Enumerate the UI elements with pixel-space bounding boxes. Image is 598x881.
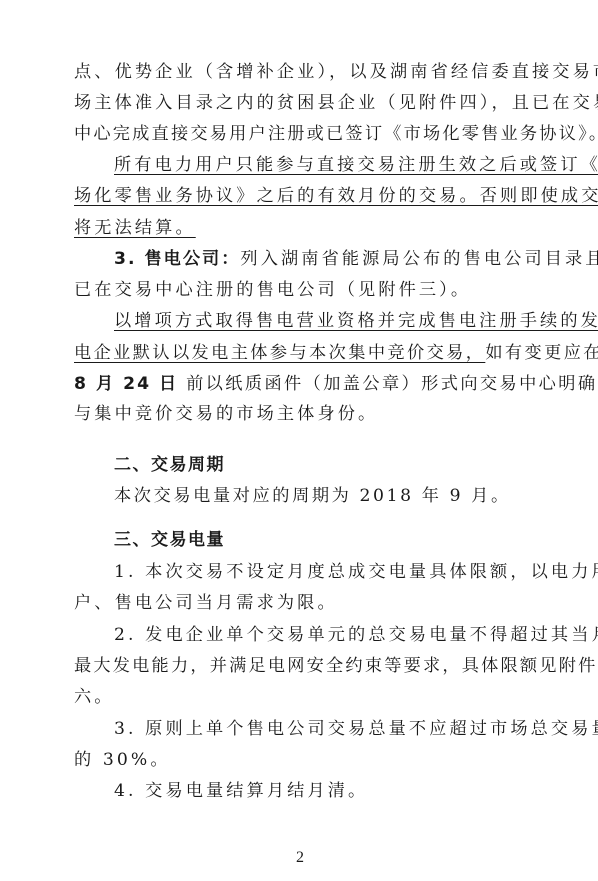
- paragraph-line: 8 月 24 日 前以纸质函件（加盖公章）形式向交易中心明确参: [74, 372, 554, 396]
- underlined-text: 所有电力用户只能参与直接交易注册生效之后或签订《市: [114, 155, 598, 175]
- underlined-paragraph-line: 场化零售业务协议》之后的有效月份的交易。否则即使成交也: [74, 184, 554, 208]
- item-label: 3. 售电公司：: [114, 249, 240, 269]
- plain-text: 如有变更应在: [485, 343, 598, 363]
- document-page: 点、优势企业（含增补企业），以及湖南省经信委直接交易市 场主体准入目录之内的贫困…: [0, 0, 598, 881]
- paragraph-line: 已在交易中心注册的售电公司（见附件三）。: [74, 278, 554, 302]
- section-heading: 二、交易周期: [114, 453, 554, 477]
- paragraph-line: 中心完成直接交易用户注册或已签订《市场化零售业务协议》。: [74, 122, 554, 146]
- list-item-line: 1. 本次交易不设定月度总成交电量具体限额，以电力用: [114, 560, 554, 584]
- item-text: 列入湖南省能源局公布的售电公司目录且: [240, 249, 598, 269]
- plain-text: 前以纸质函件（加盖公章）形式向交易中心明确参: [186, 374, 598, 394]
- page-number: 2: [290, 849, 310, 867]
- list-item-line: 户、售电公司当月需求为限。: [74, 591, 554, 615]
- retail-company-item: 3. 售电公司：列入湖南省能源局公布的售电公司目录且: [114, 247, 554, 271]
- paragraph-line: 与集中竞价交易的市场主体身份。: [74, 402, 554, 426]
- deadline-date: 8 月 24 日: [74, 374, 178, 394]
- list-item-line: 4. 交易电量结算月结月清。: [114, 779, 554, 803]
- underlined-paragraph-line: 将无法结算。: [74, 216, 554, 240]
- underlined-paragraph-line: 所有电力用户只能参与直接交易注册生效之后或签订《市: [114, 153, 554, 177]
- paragraph-line: 电企业默认以发电主体参与本次集中竞价交易，如有变更应在: [74, 341, 554, 365]
- list-item-line: 最大发电能力，并满足电网安全约束等要求，具体限额见附件: [74, 654, 554, 678]
- paragraph-line: 本次交易电量对应的周期为 2018 年 9 月。: [114, 484, 554, 508]
- underlined-paragraph-line: 以增项方式取得售电营业资格并完成售电注册手续的发: [114, 309, 554, 333]
- list-item-line: 2. 发电企业单个交易单元的总交易电量不得超过其当月: [114, 623, 554, 647]
- underlined-text: 场化零售业务协议》之后的有效月份的交易。否则即使成交也: [74, 186, 598, 206]
- paragraph-line: 场主体准入目录之内的贫困县企业（见附件四），且已在交易: [74, 91, 554, 115]
- underlined-text: 将无法结算。: [74, 218, 196, 238]
- underlined-text: 以增项方式取得售电营业资格并完成售电注册手续的发: [114, 311, 598, 331]
- underlined-text: 电企业默认以发电主体参与本次集中竞价交易，: [74, 343, 485, 363]
- list-item-line: 3. 原则上单个售电公司交易总量不应超过市场总交易量: [114, 717, 554, 741]
- list-item-line: 的 30%。: [74, 748, 554, 772]
- section-heading: 三、交易电量: [114, 528, 554, 552]
- list-item-line: 六。: [74, 685, 554, 709]
- paragraph-line: 点、优势企业（含增补企业），以及湖南省经信委直接交易市: [74, 60, 554, 84]
